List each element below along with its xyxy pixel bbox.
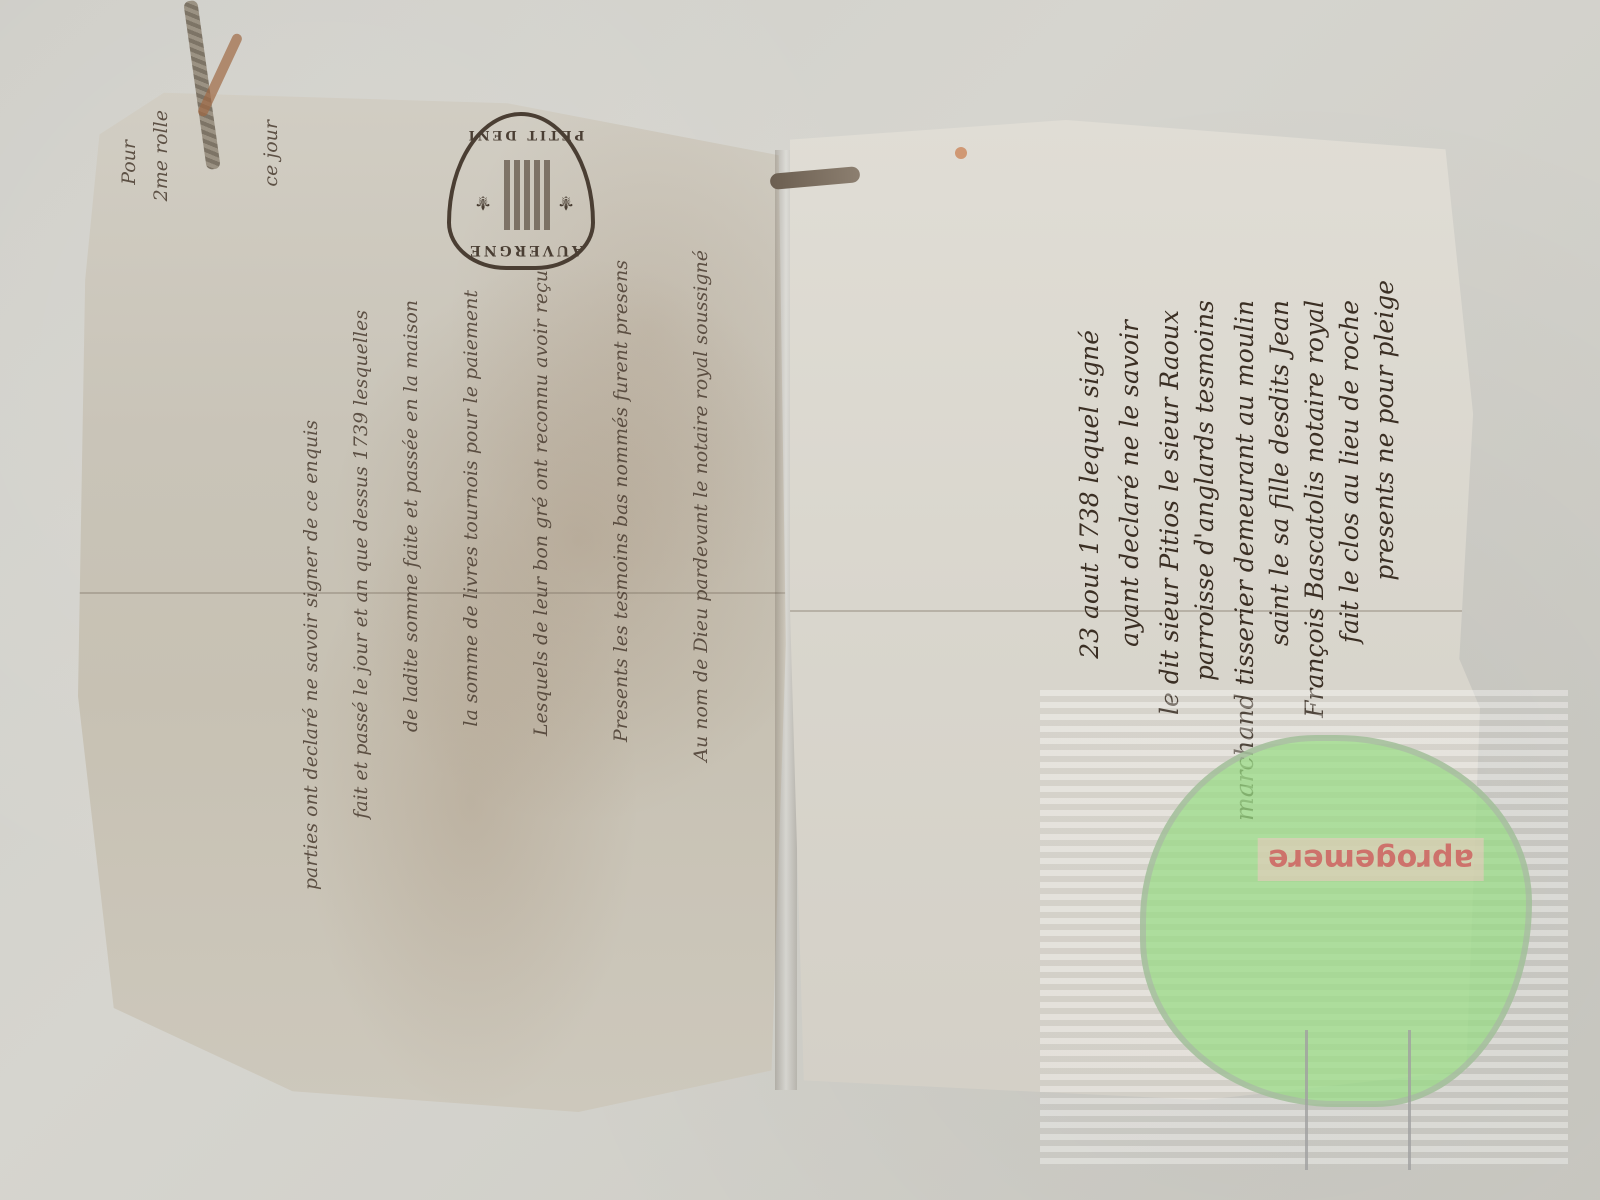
tree-trunk-icon: [1305, 1030, 1411, 1170]
watermark-text: aprogemere: [1258, 838, 1484, 881]
left-text-column: la somme de livres tournois pour le paie…: [460, 290, 482, 727]
left-header-fragment: Pour: [118, 140, 140, 185]
left-header-fragment: ce jour: [260, 120, 282, 187]
right-text-line: parroisse d'anglards tesmoins: [1190, 300, 1219, 681]
stamp-top-text: AUVERGNE: [420, 242, 630, 258]
horizontal-fold: [78, 592, 793, 594]
stamp-bottom-text: PETIT DENI: [420, 127, 630, 142]
fleur-de-lis-icon: ⚜: [474, 191, 492, 215]
left-text-column: de ladite somme faite et passée en la ma…: [400, 300, 422, 732]
rust-spot: [955, 147, 967, 159]
left-text-column: Presents les tesmoins bas nommés furent …: [610, 260, 632, 742]
right-text-line: presents ne pour pleige: [1370, 280, 1399, 581]
left-text-column: fait et passé le jour et an que dessus 1…: [350, 310, 372, 819]
left-header-fragment: 2me rolle: [150, 110, 172, 201]
right-text-line: fait le clos au lieu de roche: [1335, 300, 1364, 643]
left-text-column: Au nom de Dieu pardevant le notaire roya…: [690, 250, 712, 762]
right-text-line: saint le sa fille desdits Jean: [1265, 300, 1294, 646]
watermark: aprogemere: [1040, 690, 1568, 1170]
coat-of-arms-icon: [500, 160, 550, 230]
left-text-column: Lesquels de leur bon gré ont reconnu avo…: [530, 270, 552, 736]
tax-stamp: AUVERGNE ⚜ ⚜ PETIT DENI: [420, 105, 630, 290]
date-line: 23 aout 1738 lequel signé: [1075, 330, 1104, 659]
left-text-column: parties ont declaré ne savoir signer de …: [300, 420, 322, 890]
fleur-de-lis-icon: ⚜: [557, 191, 575, 215]
right-text-line: François Bascatolis notaire royal: [1300, 300, 1329, 718]
right-text-line: le dit sieur Pitios le sieur Raoux: [1155, 310, 1184, 715]
right-text-line: ayant declaré ne le savoir: [1115, 320, 1144, 647]
